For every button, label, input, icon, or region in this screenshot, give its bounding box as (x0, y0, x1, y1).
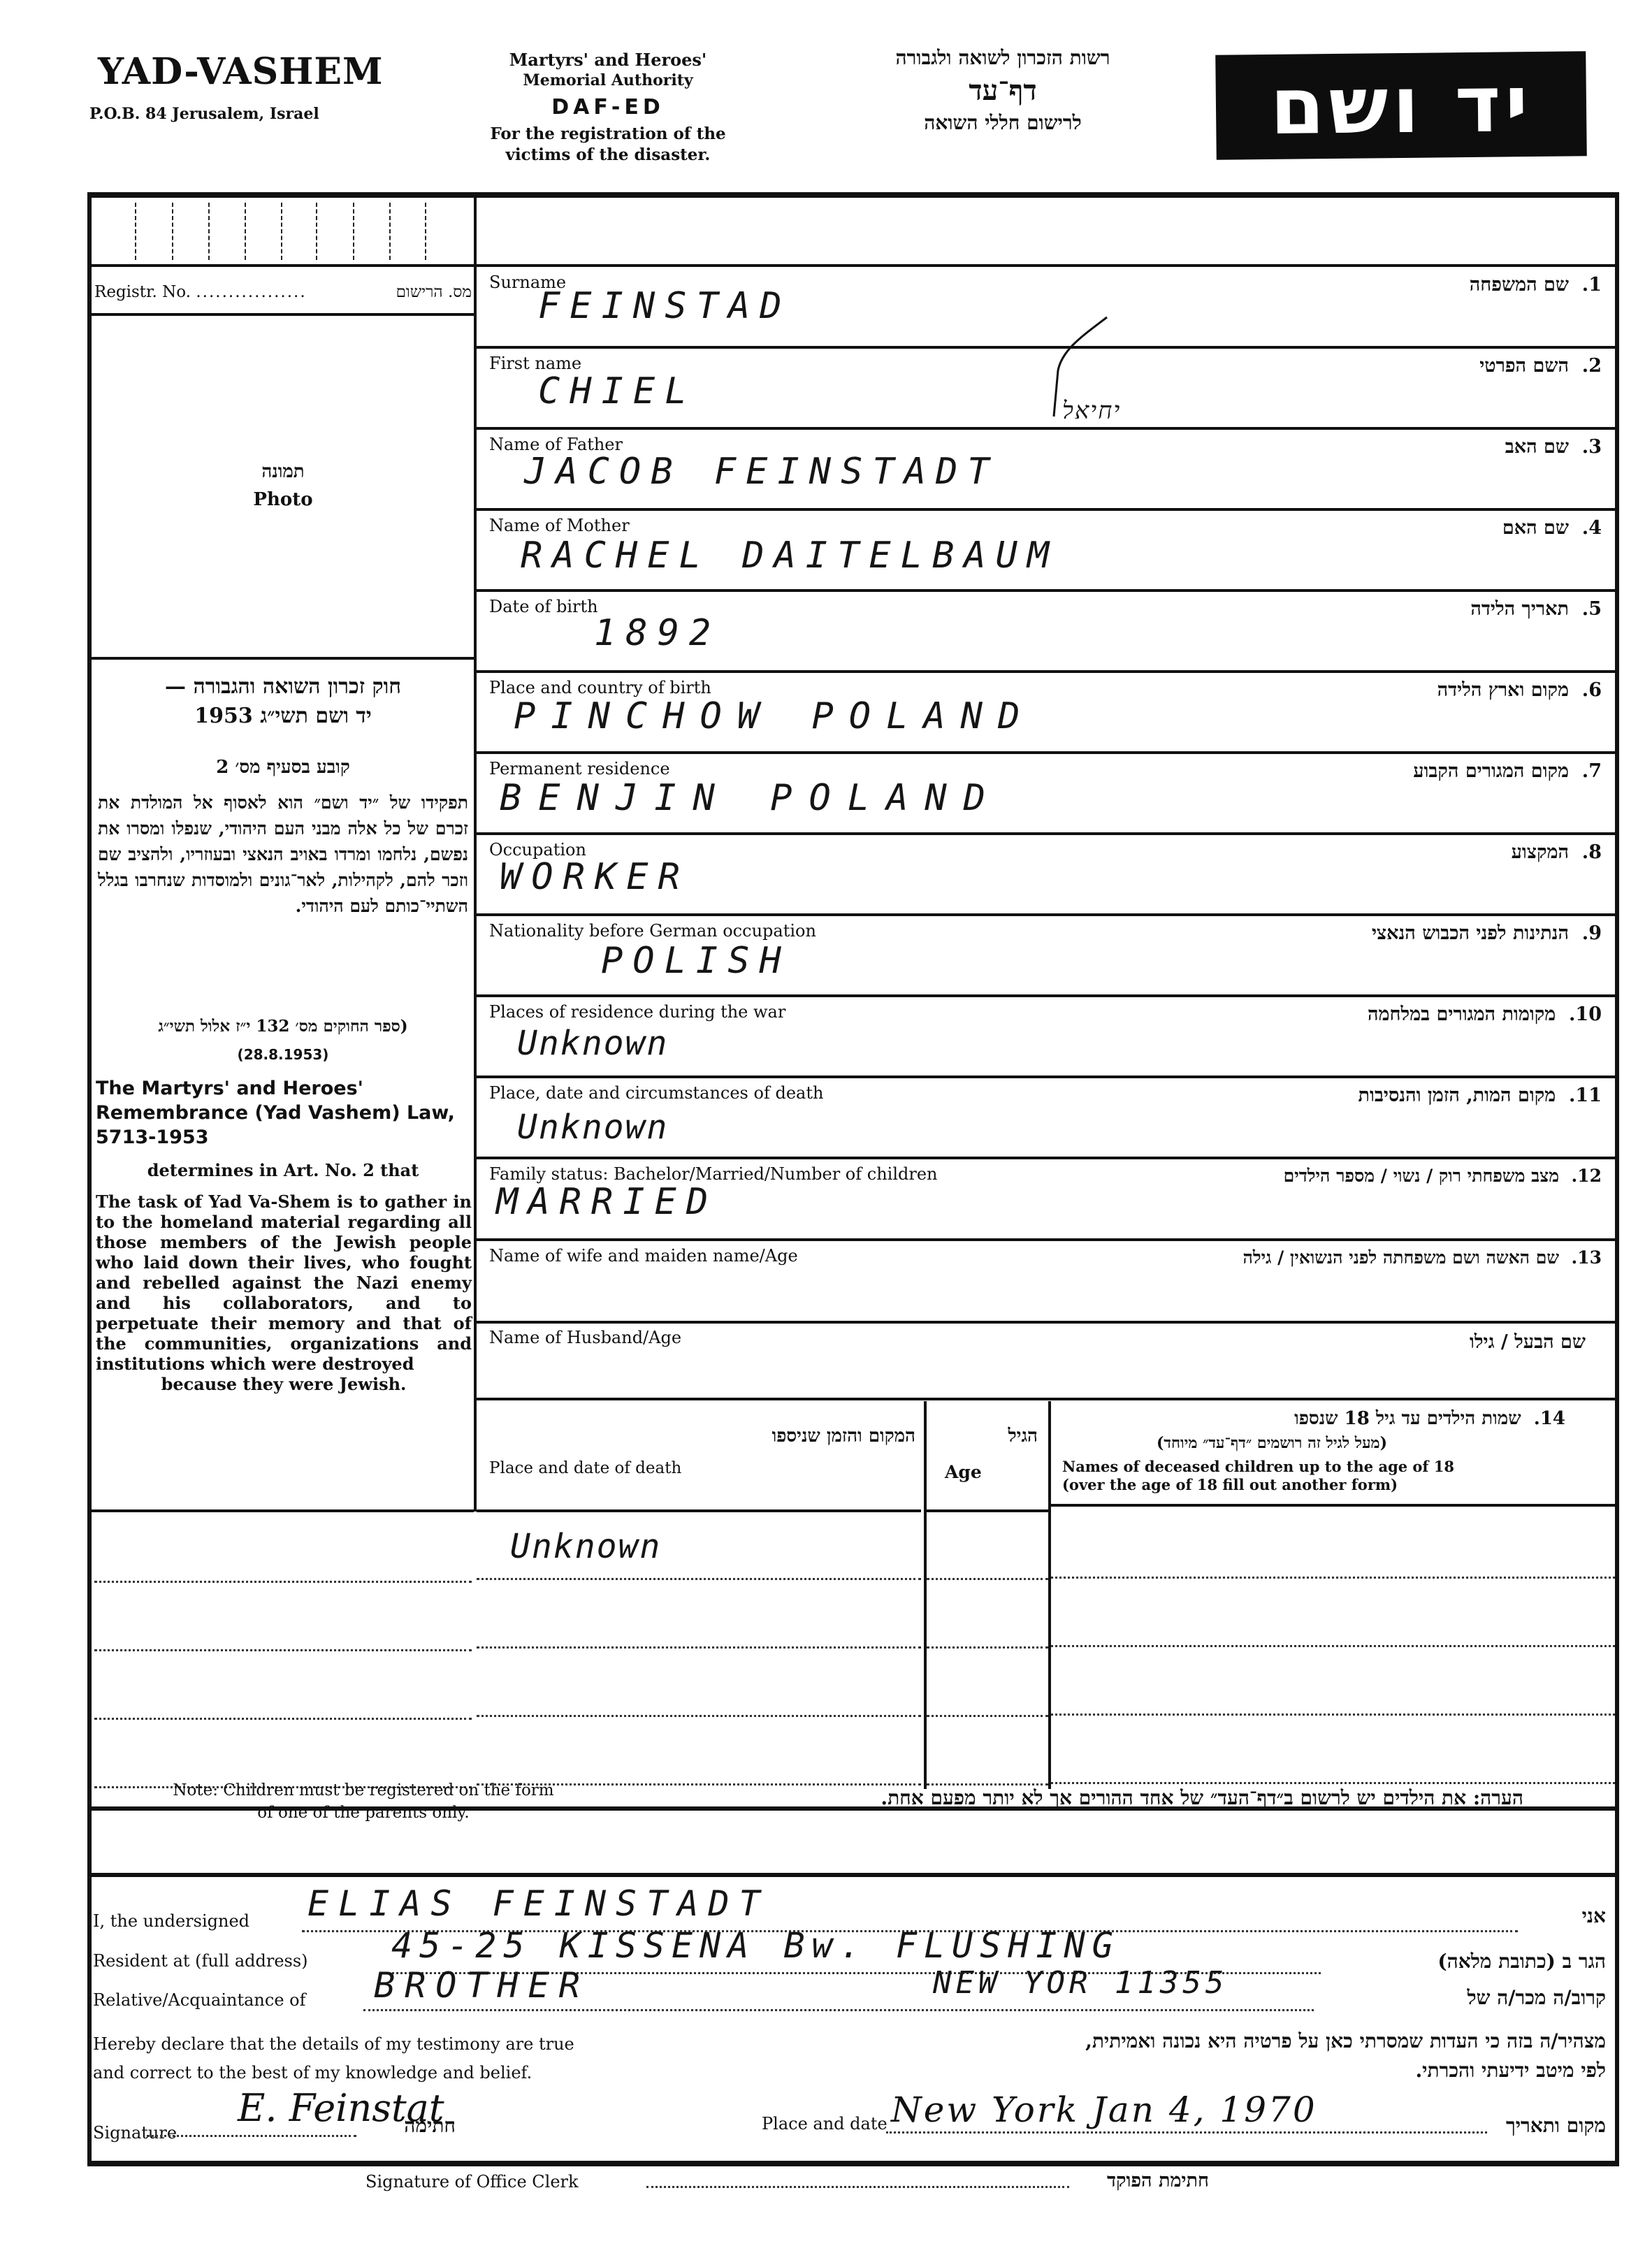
law-body: The task of Yad Va-Shem is to gather in … (96, 1191, 472, 1394)
place-date-value: New York Jan 4, 1970 (891, 2089, 1317, 2130)
law-reference-he: (ספר החוקים מס׳ 132 י״ז אלול תשי״ג (98, 1017, 468, 1036)
note-text: Note: Children must be registered on the… (98, 1779, 629, 1824)
hebrew-form-name: דף־עד (825, 74, 1181, 107)
col-place-en: Place and date of death (489, 1459, 681, 1477)
org-title: YAD-VASHEM (98, 50, 384, 93)
divider (92, 1873, 1615, 1877)
mother-name-value: RACHEL DAITELBAUM (521, 535, 1059, 577)
divider (92, 1509, 474, 1512)
first-name-value: CHIEL (538, 370, 697, 412)
place-of-birth-value: PINCHOW POLAND (514, 695, 1035, 737)
authority-block: Martyrs' and Heroes' Memorial Authority … (440, 49, 776, 166)
authority-line-2: Memorial Authority (440, 71, 776, 91)
law-determines: determines in Art. No. 2 that (98, 1160, 468, 1180)
resident-address-value: 45-25 KISSENA Bw. FLUSHING (391, 1925, 1120, 1966)
purpose-line-2: victims of the disaster. (440, 145, 776, 166)
nationality-value: POLISH (601, 940, 791, 982)
photo-placeholder (94, 318, 472, 653)
declaration-text-he: מצהיר/ה בזה כי העדות שמסרתי כאן על פרטיה… (1085, 2027, 1606, 2085)
undersigned-value: ELIAS FEINSTADT (307, 1883, 770, 1924)
date-of-birth-value: 1892 (594, 612, 720, 654)
org-address: P.O.B. 84 Jerusalem, Israel (89, 105, 319, 123)
hebrew-header-block: רשות הזכרון לשואה ולגבורה דף־עד לרישום ח… (825, 46, 1181, 135)
col-names-en-2: (over the age of 18 fill out another for… (1062, 1476, 1398, 1493)
residence-during-war-value: Unknown (517, 1024, 668, 1063)
hebrew-authority: רשות הזכרון לשואה ולגבורה (825, 46, 1181, 70)
column-divider (474, 198, 477, 1512)
family-status-value: MARRIED (496, 1181, 718, 1223)
divider (92, 313, 474, 316)
purpose-line-1: For the registration of the (440, 124, 776, 145)
col-names-he-2: (מעל לגיל זה רושמים ״דף־עד״ מיוחד) (1055, 1434, 1488, 1452)
law-date: (28.8.1953) (98, 1046, 468, 1063)
row-place-value: Unknown (510, 1527, 661, 1566)
registration-label: Registr. No. (94, 283, 191, 301)
law-body-he: תפקידו של ״יד ושם״ הוא לאסוף אל המולדת א… (98, 790, 468, 919)
col-names-he-1: 14. שמות הילדים עד גיל 18 שנספו (1055, 1408, 1565, 1429)
col-names-en-1: Names of deceased children up to the age… (1062, 1458, 1454, 1475)
annotation-arrow-icon (1048, 314, 1111, 419)
divider (92, 657, 474, 660)
registration-label-he: מס. הרישום (396, 283, 472, 301)
permanent-residence-value: BENJIN POLAND (500, 777, 1002, 819)
yad-vashem-logo: יד ושם (1215, 51, 1587, 160)
father-name-value: JACOB FEINSTADT (524, 451, 999, 493)
occupation-value: WORKER (500, 856, 690, 898)
note-text-he: הערה: את הילדים יש לרשום ב״דף־העד״ של אח… (629, 1786, 1523, 1810)
surname-value: FEINSTAD (538, 285, 791, 327)
law-subtitle-he: קובע בסעיף מס׳ 2 (98, 757, 468, 778)
col-age-he: הגיל (933, 1426, 1038, 1447)
col-place-he: המקום והזמן שניספו (629, 1426, 915, 1447)
registration-number-field[interactable]: Registr. No. ................. מס. הרישו… (94, 283, 472, 301)
relative-extra-value: NEW YOR 11355 (933, 1965, 1228, 2001)
hebrew-purpose: לרישום חללי השואה (825, 111, 1181, 135)
divider (92, 264, 1615, 267)
law-title: The Martyrs' and Heroes' Remembrance (Ya… (96, 1076, 473, 1150)
declaration-text: Hereby declare that the details of my te… (93, 2030, 574, 2087)
logo-text: יד ושם (1270, 59, 1533, 152)
form-name: DAF-ED (440, 94, 776, 121)
law-title-he: חוק זכרון השואה והגבורה — יד ושם תשי״ג 1… (98, 672, 468, 731)
col-age-en: Age (945, 1462, 982, 1482)
death-circumstances-value: Unknown (517, 1108, 668, 1147)
authority-line-1: Martyrs' and Heroes' (440, 49, 776, 71)
relative-value: BROTHER (374, 1965, 590, 2006)
